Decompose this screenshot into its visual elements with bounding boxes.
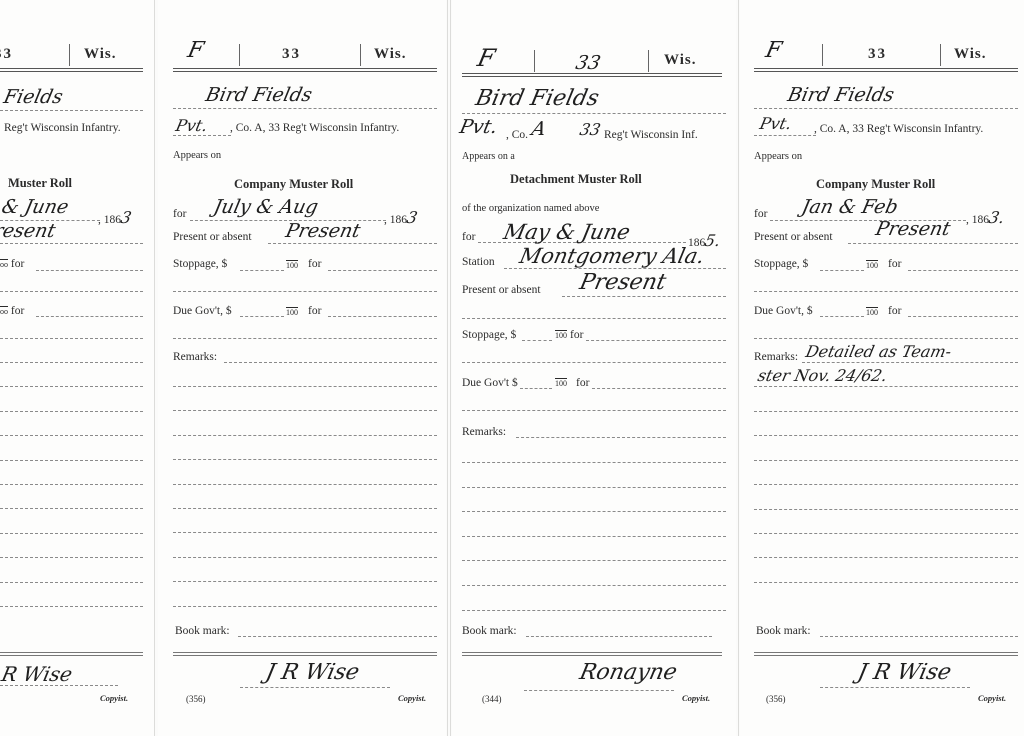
regiment-number: 33 (282, 46, 301, 63)
bookmark-line (238, 636, 437, 637)
regiment-hand: 33 (578, 120, 602, 139)
regiment-number: 33 (0, 46, 13, 63)
year-suffix: 3 (119, 208, 133, 227)
presence-value: Present (577, 270, 668, 295)
blank-line (462, 560, 726, 561)
blank-line (754, 338, 1018, 339)
stoppage-cents: 100 (286, 261, 298, 270)
copyist-label: Copyist. (398, 693, 426, 703)
stoppage-cents: 100 (866, 261, 878, 270)
signature-line (524, 690, 674, 691)
footer-rule (173, 652, 437, 656)
blank-line (173, 291, 437, 292)
header-separator (940, 44, 941, 66)
soldier-name: Fields (2, 86, 65, 108)
blank-line (173, 532, 437, 533)
blank-line (462, 610, 726, 611)
stoppage-row: oo for (0, 258, 24, 270)
copyist-signature: J R Wise (855, 660, 953, 685)
presence-line (562, 296, 726, 297)
blank-line (754, 582, 1018, 583)
stoppage-amount-line (240, 270, 284, 271)
presence-label: Present or absent (754, 231, 833, 243)
due-for: for (888, 305, 901, 317)
blank-line (173, 386, 437, 387)
blank-line (754, 291, 1018, 292)
blank-line (0, 557, 143, 558)
bookmark-line (526, 636, 712, 637)
remarks-text-1: Detailed as Team- (804, 342, 953, 361)
name-line (462, 113, 726, 114)
blank-line (462, 410, 726, 411)
footer-rule (754, 652, 1018, 656)
rank-line (173, 135, 231, 136)
header-rule (173, 68, 437, 72)
blank-line (462, 487, 726, 488)
initial: F (475, 44, 498, 72)
copyist-signature: R Wise (0, 662, 75, 686)
soldier-name: Bird Fields (204, 84, 315, 106)
blank-line (754, 484, 1018, 485)
stoppage-cents: 100 (555, 331, 567, 340)
unit-line: , Co. A, 33 Reg't Wisconsin Infantry. (230, 122, 399, 134)
blank-line (0, 582, 143, 583)
blank-line (173, 484, 437, 485)
roll-title: Company Muster Roll (234, 177, 353, 192)
copyist-signature: Ronayne (577, 660, 679, 685)
roll-title: Muster Roll (8, 176, 72, 191)
blank-line (754, 411, 1018, 412)
blank-line (754, 509, 1018, 510)
blank-line (0, 460, 143, 461)
due-row: oo for (0, 305, 24, 317)
due-for: for (576, 377, 589, 389)
due-amount-line (820, 316, 864, 317)
blank-line (173, 435, 437, 436)
due-cents: 100 (555, 379, 567, 388)
blank-line (462, 318, 726, 319)
muster-card-4: F 33 Wis. Bird Fields Pvt. , Co. A, 33 R… (740, 0, 1024, 736)
card-divider (447, 0, 448, 736)
stoppage-line (908, 270, 1018, 271)
remarks-line (516, 437, 726, 438)
appears-on: Appears on a (462, 151, 515, 162)
year: , 1863. (966, 208, 1004, 227)
blank-line (754, 435, 1018, 436)
blank-line (754, 557, 1018, 558)
due-label: Due Gov't, $ (754, 305, 813, 317)
for-label: for (173, 208, 186, 220)
header-rule (462, 73, 722, 77)
due-line (36, 316, 143, 317)
due-amount-line (240, 316, 284, 317)
for-value: July & Aug (212, 196, 320, 218)
blank-line (462, 536, 726, 537)
card-number: (356) (766, 694, 786, 704)
blank-line (0, 533, 143, 534)
blank-line (0, 338, 143, 339)
due-line (592, 388, 726, 389)
header-separator (360, 44, 361, 66)
year-suffix: 5. (703, 231, 722, 250)
footer-rule (462, 652, 722, 656)
blank-line (462, 585, 726, 586)
due-line (328, 316, 437, 317)
header-separator (69, 44, 70, 66)
blank-line (173, 508, 437, 509)
stoppage-line (36, 270, 143, 271)
year-prefix: , 186 (966, 214, 989, 226)
muster-card-1: 33 Wis. Fields Reg't Wisconsin Infantry.… (0, 0, 154, 736)
bookmark-label: Book mark: (756, 625, 811, 637)
blank-line (0, 362, 143, 363)
stoppage-amount-line (820, 270, 864, 271)
station-value: Montgomery Ala. (517, 244, 706, 268)
due-for: for (308, 305, 321, 317)
year: , 1863 (98, 208, 131, 227)
for-label: for (462, 231, 475, 243)
initial: F (763, 38, 784, 63)
name-line (0, 110, 143, 111)
remarks-line (802, 362, 1018, 363)
remarks-label: Remarks: (173, 351, 217, 363)
copyist-label: Copyist. (682, 693, 710, 703)
remarks-line (224, 362, 437, 363)
copyist-label: Copyist. (100, 693, 128, 703)
blank-line (0, 484, 143, 485)
company: A (530, 118, 548, 140)
year-prefix: , 186 (98, 214, 121, 226)
rank: Pvt. (174, 116, 209, 135)
header-separator (239, 44, 240, 66)
regiment-number: 33 (868, 46, 887, 63)
initial: F (185, 38, 206, 63)
presence-value: resent (0, 220, 58, 242)
blank-line (754, 533, 1018, 534)
stoppage-label: Stoppage, $ (754, 258, 808, 270)
blank-line (173, 581, 437, 582)
organization-line: of the organization named above (462, 203, 599, 214)
blank-line (0, 386, 143, 387)
card-divider (154, 0, 155, 736)
due-cents: 100 (866, 308, 878, 317)
state-label: Wis. (664, 52, 696, 69)
roll-title: Detachment Muster Roll (510, 172, 642, 187)
stoppage-label: Stoppage, $ (173, 258, 227, 270)
stoppage-line (586, 340, 726, 341)
remarks-label: Remarks: (462, 426, 506, 438)
footer-rule (0, 652, 143, 656)
regiment-number: 33 (574, 52, 603, 74)
unit-line: Reg't Wisconsin Infantry. (4, 122, 121, 134)
name-line (173, 108, 437, 109)
card-divider (738, 0, 739, 736)
bookmark-label: Book mark: (175, 625, 230, 637)
blank-line (173, 606, 437, 607)
blank-line (0, 435, 143, 436)
stoppage-label: Stoppage, $ (462, 329, 516, 341)
year-prefix: , 186 (384, 214, 407, 226)
stoppage-line (328, 270, 437, 271)
state-label: Wis. (84, 46, 116, 63)
remarks-line (754, 386, 1018, 387)
card-number: (344) (482, 694, 502, 704)
for-value: Jan & Feb (800, 196, 900, 218)
station-label: Station (462, 256, 495, 268)
remarks-text-2: ster Nov. 24/62. (756, 366, 889, 385)
signature-line (240, 687, 390, 688)
year-suffix: 3 (405, 208, 419, 227)
blank-line (462, 511, 726, 512)
rank: Pvt. (758, 114, 793, 133)
rank-line (754, 135, 816, 136)
appears-on: Appears on (754, 151, 802, 162)
for-value: & June (0, 196, 71, 218)
presence-line (848, 243, 1018, 244)
blank-line (173, 338, 437, 339)
rank: Pvt. (458, 116, 500, 138)
card-divider (450, 0, 451, 736)
bookmark-line (820, 636, 1018, 637)
due-cents: 100 (286, 308, 298, 317)
muster-card-2: F 33 Wis. Bird Fields Pvt. , Co. A, 33 R… (158, 0, 446, 736)
stoppage-for: for (308, 258, 321, 270)
signature-line (820, 687, 970, 688)
due-label: Due Gov't $ (462, 377, 518, 389)
roll-title: Company Muster Roll (816, 177, 935, 192)
presence-label: Present or absent (462, 284, 541, 296)
presence-value: Present (284, 220, 363, 242)
blank-line (173, 410, 437, 411)
presence-line (0, 243, 143, 244)
copyist-signature: J R Wise (263, 660, 361, 685)
copyist-label: Copyist. (978, 693, 1006, 703)
unit-line: Reg't Wisconsin Inf. (604, 129, 698, 141)
year-suffix: 3. (987, 208, 1006, 227)
blank-line (0, 508, 143, 509)
due-line (908, 316, 1018, 317)
blank-line (173, 459, 437, 460)
presence-line (268, 243, 437, 244)
for-value: May & June (501, 220, 632, 244)
presence-value: Present (874, 218, 953, 240)
due-label: Due Gov't, $ (173, 305, 232, 317)
blank-line (462, 362, 726, 363)
header-separator (822, 44, 823, 66)
state-label: Wis. (374, 46, 406, 63)
company-prefix: , Co. (506, 129, 528, 141)
blank-line (0, 291, 143, 292)
signature-line (0, 685, 118, 686)
due-amount-line (520, 388, 552, 389)
station-line (504, 268, 726, 269)
blank-line (173, 557, 437, 558)
soldier-name: Bird Fields (473, 86, 601, 111)
stoppage-amount-line (522, 340, 552, 341)
header-separator (534, 50, 535, 72)
blank-line (754, 460, 1018, 461)
card-number: (356) (186, 694, 206, 704)
for-label: for (754, 208, 767, 220)
stoppage-for: for (888, 258, 901, 270)
header-rule (754, 68, 1018, 72)
presence-label: Present or absent (173, 231, 252, 243)
appears-on: Appears on (173, 150, 221, 161)
state-label: Wis. (954, 46, 986, 63)
header-rule (0, 68, 143, 72)
stoppage-for: for (570, 329, 583, 341)
blank-line (462, 462, 726, 463)
unit-line: , Co. A, 33 Reg't Wisconsin Infantry. (814, 123, 983, 135)
muster-card-3: F 33 Wis. Bird Fields Pvt. , Co. A 33 Re… (452, 0, 736, 736)
bookmark-label: Book mark: (462, 625, 517, 637)
remarks-label: Remarks: (754, 351, 798, 363)
blank-line (0, 411, 143, 412)
header-separator (648, 50, 649, 72)
blank-line (0, 606, 143, 607)
soldier-name: Bird Fields (786, 84, 897, 106)
year: , 1863 (384, 208, 417, 227)
name-line (754, 108, 1018, 109)
